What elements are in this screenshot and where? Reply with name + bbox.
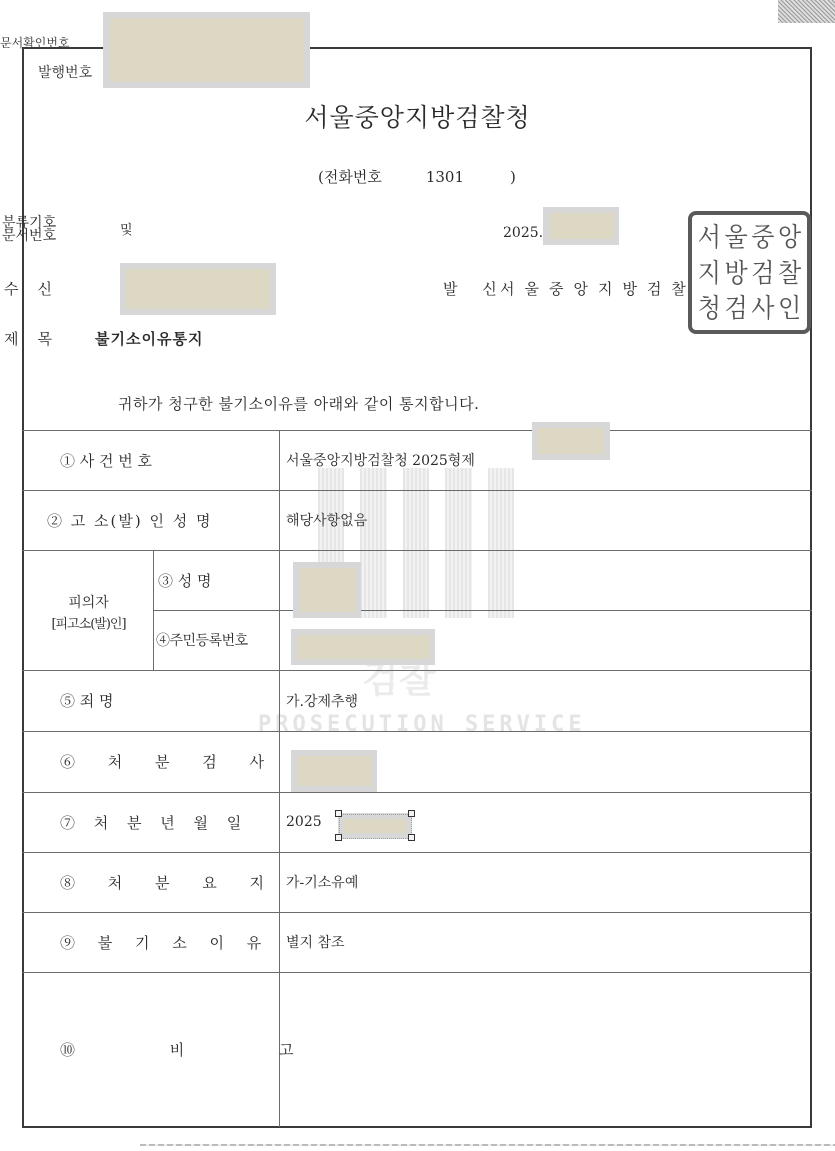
phone-close: ) (510, 168, 516, 186)
seal-char: 검 (723, 289, 750, 328)
classification-conj: 및 (120, 219, 133, 238)
row-label-suspect-name: ③ 성 명 (158, 550, 270, 610)
phone-number: 1301 (426, 168, 464, 186)
row-label-disposition-summary: ⑧ 처 분 요 지 (60, 852, 238, 912)
row-label-resident-number: ④주민등록번호 (156, 610, 276, 670)
redacted-case-number (532, 422, 610, 460)
redacted-resident-number (291, 629, 435, 665)
seal-char: 사 (750, 289, 777, 328)
redacted-prosecutor (291, 750, 377, 792)
subject-value: 불기소이유통지 (95, 328, 203, 349)
qr-code-icon (778, 0, 835, 23)
row-value-disposition-date: 2025 (286, 792, 322, 852)
redacted-recipient (120, 263, 276, 315)
row-label-case-number: ① 사 건 번 호 (60, 430, 238, 490)
suspect-group-label: 피의자 [피고소(발)인] (24, 592, 153, 636)
row-label-charge: ⑤ 죄 명 (60, 670, 238, 731)
row-label-remarks: ⑩ 비 고 (60, 972, 238, 1127)
seal-char: 방 (723, 253, 750, 292)
row-label-prosecutor: ⑥ 처 분 검 사 (60, 731, 238, 792)
seal-char: 서 (696, 217, 723, 256)
seal-char: 앙 (776, 217, 803, 256)
row-label-non-indictment-reason: ⑨ 불 기 소 이 유 (60, 912, 238, 972)
resize-handle-top-right[interactable] (408, 810, 415, 817)
resize-handle-bottom-right[interactable] (408, 834, 415, 841)
subcolumn-divider (153, 550, 154, 670)
row-divider (22, 550, 812, 551)
issue-date-prefix: 2025. (503, 225, 543, 241)
classification-label: 분류기호 문서번호 (2, 217, 56, 243)
seal-char: 인 (776, 289, 803, 328)
suspect-sublabel: [피고소(발)인] (24, 614, 153, 636)
sender-label: 발 신 (443, 278, 507, 299)
row-value-case-number: 서울중앙지방검찰청 2025형제 (286, 430, 475, 490)
issue-number-label: 발행번호 (38, 62, 92, 82)
agency-title: 서울중앙지방검찰청 (0, 98, 835, 134)
row-value-non-indictment-reason: 별지 참조 (286, 912, 345, 972)
row-value-charge: 가.강제추행 (286, 670, 358, 731)
column-divider (279, 430, 280, 1127)
seal-char: 청 (696, 289, 723, 328)
official-seal-icon: 서 울 중 앙 지 방 검 찰 청 검 사 인 (688, 211, 811, 334)
seal-char: 지 (696, 253, 723, 292)
phone-label: (전화번호 (318, 168, 382, 186)
footer-scan-artifact (140, 1144, 835, 1146)
classification-label-2: 문서번호 (2, 230, 56, 243)
phone-line: (전화번호1301) (318, 166, 516, 187)
seal-char: 찰 (776, 253, 803, 292)
selection-frame[interactable] (339, 814, 412, 839)
resize-handle-top-left[interactable] (335, 810, 342, 817)
seal-char: 중 (750, 217, 777, 256)
suspect-label: 피의자 (24, 592, 153, 614)
seal-char: 울 (723, 217, 750, 256)
row-value-disposition-summary: 가-기소유예 (286, 852, 358, 912)
subject-label: 제 목 (4, 328, 52, 349)
redacted-issue-date (543, 207, 619, 245)
row-label-complainant: ② 고 소(발) 인 성 명 (47, 490, 247, 550)
seal-char: 검 (750, 253, 777, 292)
intro-text: 귀하가 청구한 불기소이유를 아래와 같이 통지합니다. (118, 393, 479, 414)
row-value-complainant: 해당사항없음 (286, 490, 367, 550)
row-label-disposition-date: ⑦ 처 분 년 월 일 (60, 792, 238, 852)
redacted-doc-number (103, 12, 310, 88)
recipient-label: 수 신 (4, 278, 52, 299)
resize-handle-bottom-left[interactable] (335, 834, 342, 841)
redacted-suspect-name (293, 562, 361, 618)
